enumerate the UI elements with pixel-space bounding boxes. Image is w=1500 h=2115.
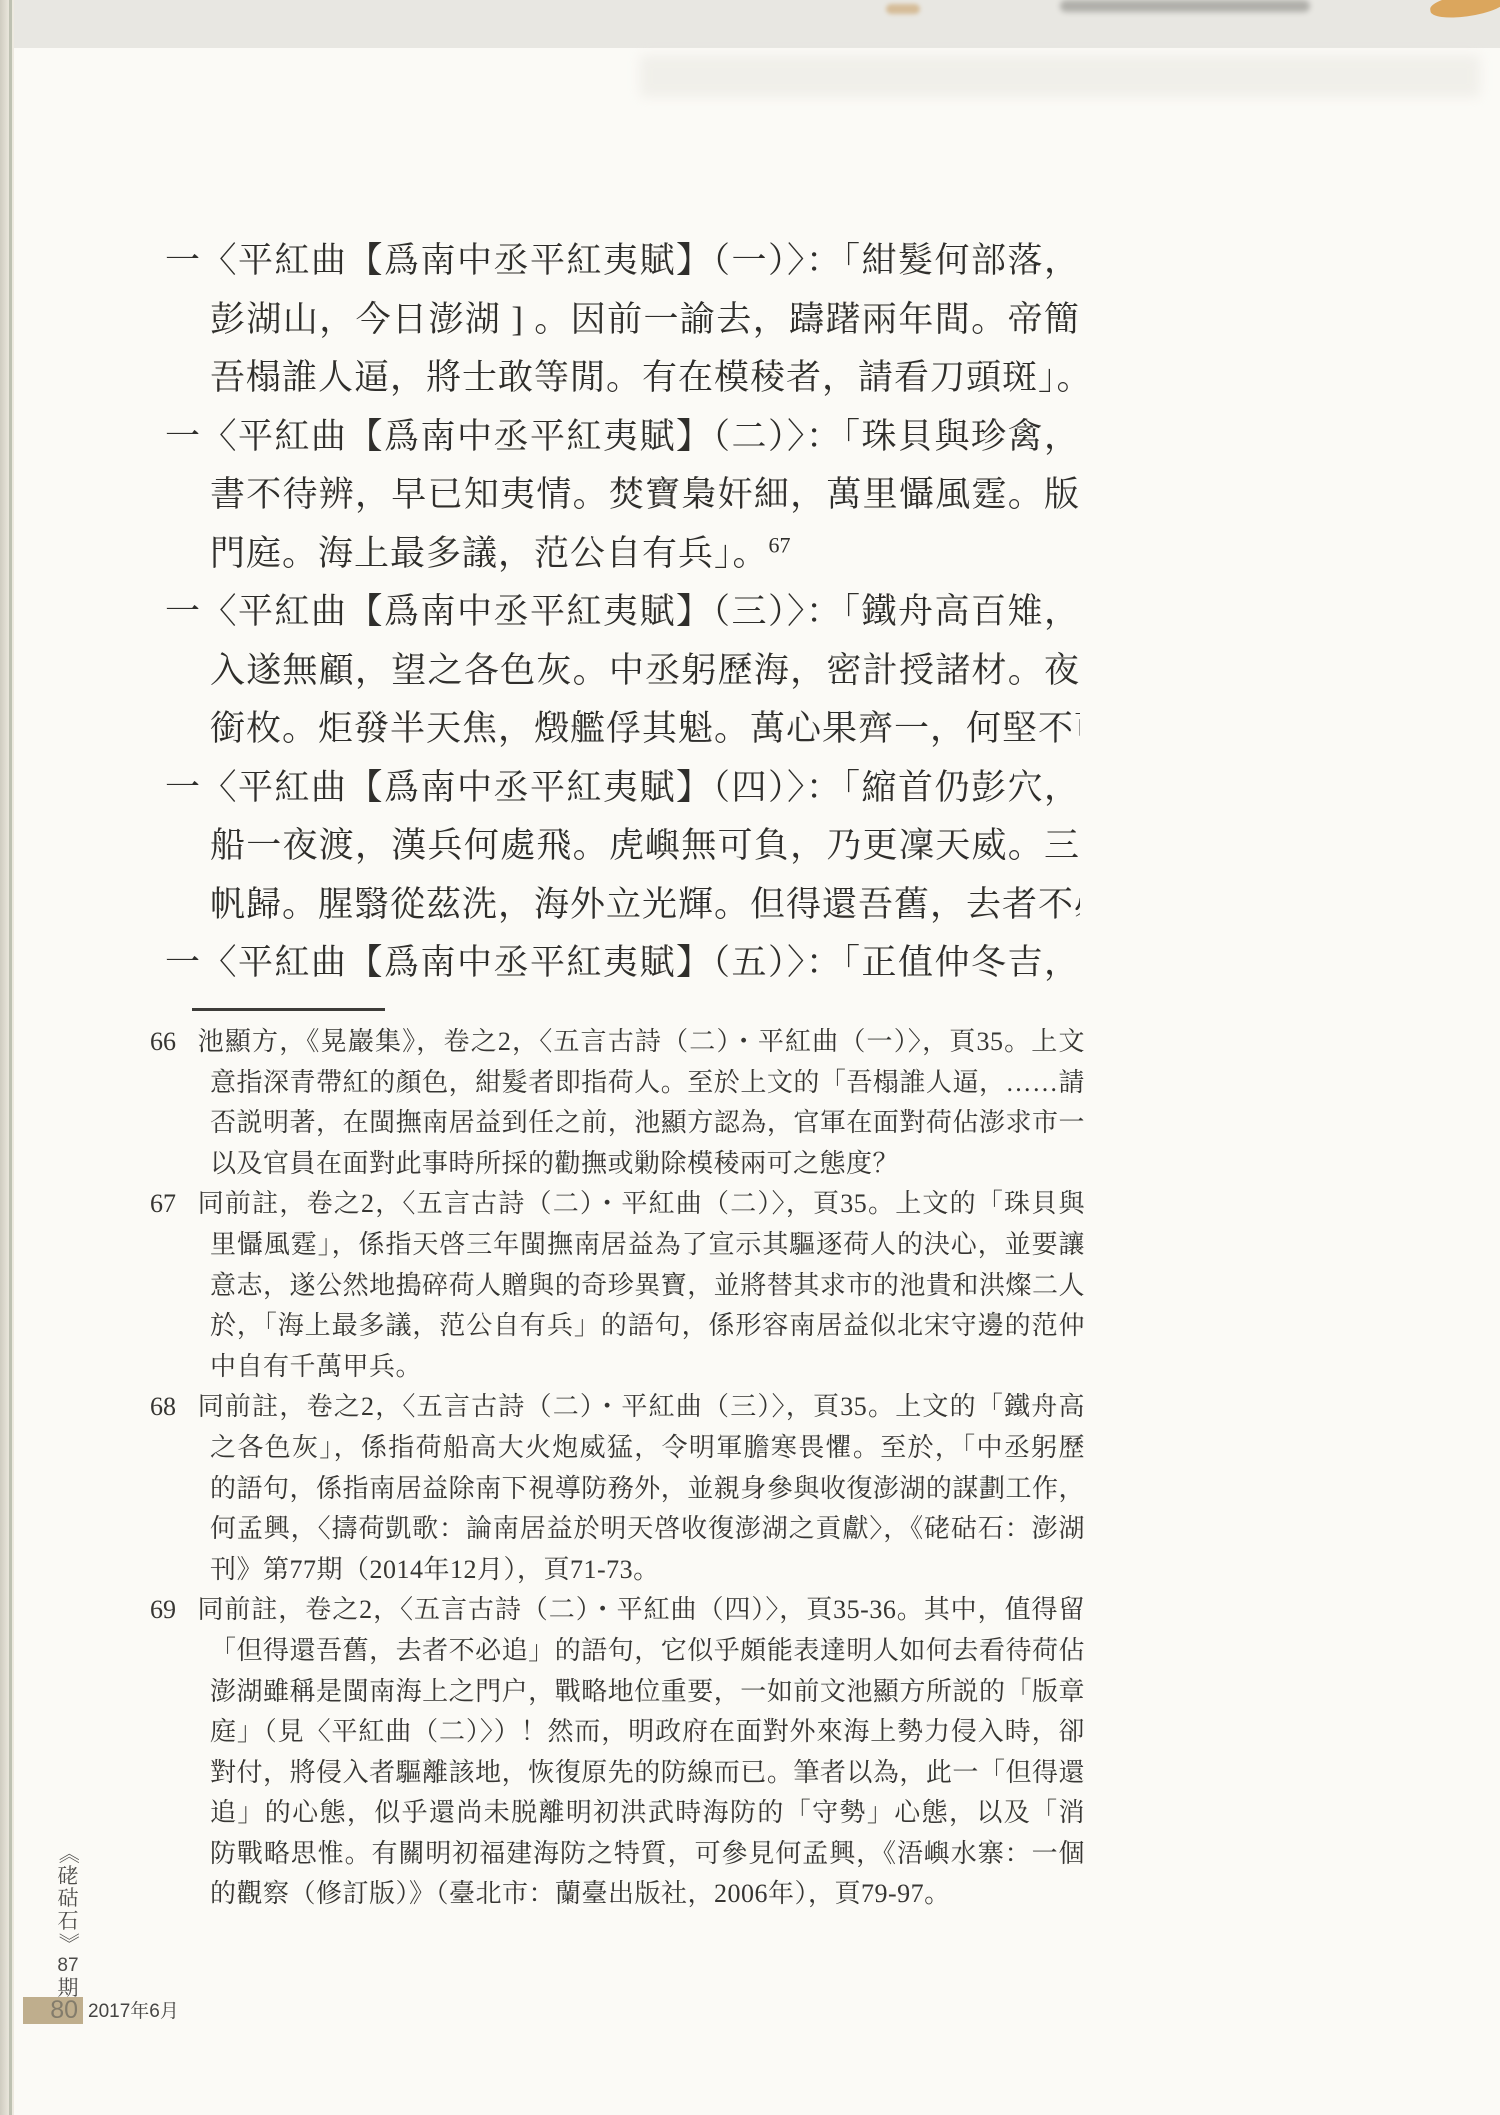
footnote-text: 同前註，卷之2，〈五言古詩（二）・平紅曲（四）〉，頁35-36。其中，值得留意的… xyxy=(150,1595,1085,1631)
poem-line: 一〈平紅曲【爲南中丞平紅夷賦】（四）〉：「縮首仍彭穴，謂能避我師。樓 xyxy=(165,759,1080,818)
footnote-line: 澎湖雖稱是閩南海上之門户，戰略地位重要，一如前文池顯方所説的「版章一寸地，亦是我… xyxy=(150,1672,1085,1713)
poem-line: 彭湖山，今日澎湖 ] 。因前一諭去，躊躇兩年間。帝簡新開府，戴星入閩關。 xyxy=(165,291,1080,350)
footnotes: 66池顯方，《晃巖集》，卷之2，〈五言古詩（二）・平紅曲（一）〉，頁35。上文的… xyxy=(150,1022,1085,1915)
footnote-text: 池顯方，《晃巖集》，卷之2，〈五言古詩（二）・平紅曲（一）〉，頁35。上文的「紺… xyxy=(150,1027,1085,1063)
footnote-line: 之各色灰」，係指荷船高大火炮威猛，令明軍膽寒畏懼。至於，「中丞躬歷海，密計授諸材… xyxy=(150,1428,1085,1469)
poem-line: 船一夜渡，漢兵何處飛。虎嶼無可負，乃更凜天威。三年伎倆盡，徹壘夜 xyxy=(165,817,1080,876)
scan-smudge xyxy=(1060,0,1310,12)
scan-left-edge-line xyxy=(9,0,12,2115)
poem-line-text: 銜枚。炬發半天焦，燬艦俘其魁。萬心果齊一，何堅不可摧」。 xyxy=(210,709,1080,748)
journal-title-vertical: 《 硓 𥑮 石 》 87 期 xyxy=(55,1842,81,2000)
poem-list: 一〈平紅曲【爲南中丞平紅夷賦】（一）〉：「紺髮何部落，兩度闖彭山 [ 即 彭湖山… xyxy=(165,232,1080,993)
footnote-line: 於，「海上最多議，范公自有兵」的語句，係形容南居益似北宋守邊的范仲淹般地有謀略，… xyxy=(150,1306,1085,1347)
scan-smudge xyxy=(886,4,920,14)
footnote-line: 66池顯方，《晃巖集》，卷之2，〈五言古詩（二）・平紅曲（一）〉，頁35。上文的… xyxy=(150,1022,1085,1063)
scan-smudge xyxy=(640,55,1480,97)
poem-line: 銜枚。炬發半天焦，燬艦俘其魁。萬心果齊一，何堅不可摧」。68 xyxy=(165,700,1080,759)
footnote-number: 69 xyxy=(150,1590,197,1631)
poem-line-text: 帆歸。腥翳從茲洗，海外立光輝。但得還吾舊，去者不必追」。 xyxy=(210,885,1080,924)
footnote-line: 追」的心態，似乎還尚未脱離明初洪武時海防的「守勢」心態，以及「消極，以守代攻」的… xyxy=(150,1793,1085,1834)
footnote-number: 68 xyxy=(150,1387,197,1428)
footnote-line: 68同前註，卷之2，〈五言古詩（二）・平紅曲（三）〉，頁35。上文的「鐵舟高百雉… xyxy=(150,1387,1085,1428)
poem-line: 門庭。海上最多議，范公自有兵」。67 xyxy=(165,525,1080,584)
footnote-line: 意志，遂公然地搗碎荷人贈與的奇珍異寶，並將替其求市的池貴和洪燦二人公開斬首示眾。… xyxy=(150,1266,1085,1307)
poem-line: 一〈平紅曲【爲南中丞平紅夷賦】（二）〉：「珠貝與珍禽，欲以觀吾清。番 xyxy=(165,408,1080,467)
footnote-line: 的觀察（修訂版）》（臺北市：蘭臺出版社，2006年），頁79-97。 xyxy=(150,1874,1085,1915)
journal-title-char: 《 xyxy=(57,1840,80,1866)
journal-title-char: 硓 xyxy=(55,1865,81,1888)
journal-title-char: 𥑮 xyxy=(55,1887,81,1910)
footnote-line: 69同前註，卷之2，〈五言古詩（二）・平紅曲（四）〉，頁35-36。其中，值得留… xyxy=(150,1590,1085,1631)
footnote-ref: 67 xyxy=(769,532,791,557)
footnote-line: 刊》第77期（2014年12月），頁71-73。 xyxy=(150,1550,1085,1591)
poem-line: 帆歸。腥翳從茲洗，海外立光輝。但得還吾舊，去者不必追」。69 xyxy=(165,876,1080,935)
footnote-line: 67同前註，卷之2，〈五言古詩（二）・平紅曲（二）〉，頁35。上文的「珠貝與珍禽… xyxy=(150,1184,1085,1225)
page-number-badge: 80 xyxy=(23,1997,83,2024)
poem-line: 入遂無顧，望之各色灰。中丞躬歷海，密計授諸材。夜靜西風始，列舸盡 xyxy=(165,642,1080,701)
footer-date: 2017年6月 xyxy=(88,1999,179,2025)
footnote-line: 防戰略思惟。有關明初福建海防之特質，可參見何孟興，《浯嶼水寨：一個明代閩海水師重… xyxy=(150,1834,1085,1875)
poem-line: 一〈平紅曲【爲南中丞平紅夷賦】（五）〉：「正值仲冬吉，報俘入長安。天 xyxy=(165,934,1080,993)
footnote-number: 66 xyxy=(150,1022,197,1063)
poem-line: 一〈平紅曲【爲南中丞平紅夷賦】（三）〉：「鐵舟高百雉，銅礮震千雷。出 xyxy=(165,583,1080,642)
footnote-line: 意指深青帶紅的顏色，紺髮者即指荷人。至於上文的「吾榻誰人逼，……請看刀頭斑」，此… xyxy=(150,1063,1085,1104)
footnote-line: 中自有千萬甲兵。 xyxy=(150,1347,1085,1388)
footnote-line: 對付，將侵入者驅離該地，恢復原先的防線而已。筆者以為，此一「但得還吾舊，去者不必 xyxy=(150,1753,1085,1794)
footnote-separator xyxy=(192,1008,385,1011)
footnote-number: 67 xyxy=(150,1184,197,1225)
footnote-line: 何孟興，〈擣荷凱歌：論南居益於明天啓收復澎湖之貢獻〉，《硓𥑮石：澎湖縣政府文化局… xyxy=(150,1509,1085,1550)
poem-line-text: 門庭。海上最多議，范公自有兵」。 xyxy=(210,534,769,573)
poem-line: 書不待辨，早已知夷情。焚寶梟奸細，萬里懾風霆。版章一寸地，亦是我 xyxy=(165,466,1080,525)
footnote-line: 庭」（見〈平紅曲（二）〉）！然而，明政府在面對外來海上勢力侵入時，卻僅是被動地因… xyxy=(150,1712,1085,1753)
footnote-text: 同前註，卷之2，〈五言古詩（二）・平紅曲（二）〉，頁35。上文的「珠貝與珍禽，…… xyxy=(150,1189,1085,1225)
poem-line: 一〈平紅曲【爲南中丞平紅夷賦】（一）〉：「紺髮何部落，兩度闖彭山 [ 即 xyxy=(165,232,1080,291)
journal-title-char: 石 xyxy=(55,1910,81,1933)
poem-line-text: 吾榻誰人逼，將士敢等閒。有在模稜者，請看刀頭斑」。 xyxy=(210,358,1080,397)
footnote-line: 「但得還吾舊，去者不必追」的語句，它似乎頗能表達明人如何去看待荷佔澎湖一事。因為… xyxy=(150,1631,1085,1672)
footnote-line: 里懾風霆」，係指天啓三年閩撫南居益為了宣示其驅逐荷人的決心，並要讓閩省官員知曉堅… xyxy=(150,1225,1085,1266)
journal-issue-number: 87 xyxy=(55,1955,81,1978)
footnote-line: 的語句，係指南居益除南下視導防務外，並親身參與收復澎湖的謀劃工作，有關此，請參見 xyxy=(150,1469,1085,1510)
footnote-line: 否説明著，在閩撫南居益到任之前，池顯方認為，官軍在面對荷佔澎求市一事態度散漫不佳… xyxy=(150,1103,1085,1144)
journal-title-char: 》 xyxy=(57,1930,80,1956)
footnote-line: 以及官員在面對此事時所採的勸撫或勦除模稜兩可之態度？ xyxy=(150,1144,1085,1185)
footnote-text: 同前註，卷之2，〈五言古詩（二）・平紅曲（三）〉，頁35。上文的「鐵舟高百雉，…… xyxy=(150,1392,1085,1428)
poem-line: 吾榻誰人逼，將士敢等閒。有在模稜者，請看刀頭斑」。66 xyxy=(165,349,1080,408)
